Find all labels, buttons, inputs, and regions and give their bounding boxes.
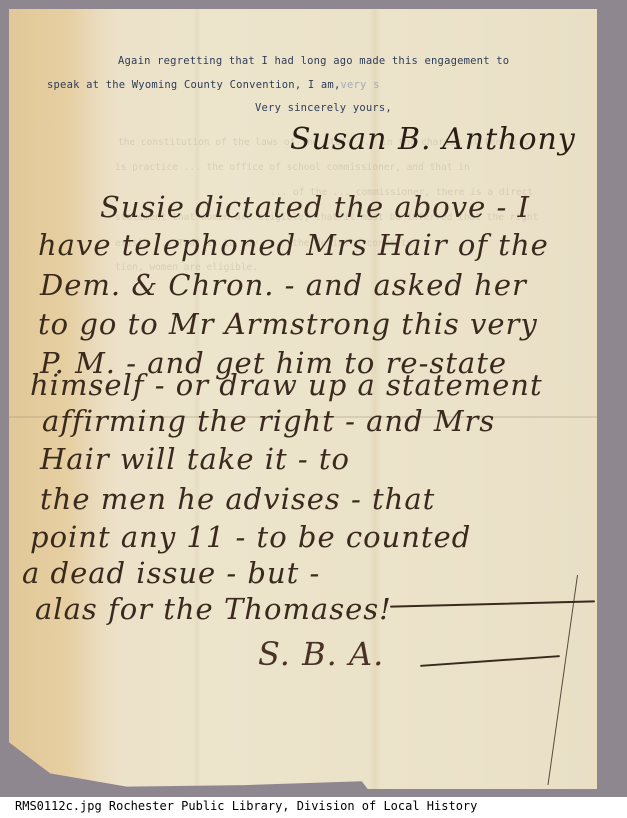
bleed-through-line: is practice ... the office of school com… — [115, 162, 470, 173]
signature: Susan B. Anthony — [290, 122, 576, 157]
postscript-line: Hair will take it - to — [40, 442, 350, 476]
postscript-line: Dem. & Chron. - and asked her — [40, 268, 527, 302]
typed-line-2-main: speak at the Wyoming County Convention, … — [47, 79, 340, 91]
postscript-line: to go to Mr Armstrong this very — [38, 307, 538, 341]
postscript-line: affirming the right - and Mrs — [42, 404, 495, 438]
initials: S. B. A. — [258, 635, 384, 673]
postscript-line: the men he advises - that — [40, 482, 435, 516]
postscript-line: Susie dictated the above - I — [100, 190, 530, 224]
typed-line-2-faint: very s — [340, 79, 379, 91]
postscript-line: alas for the Thomases! — [35, 592, 392, 626]
postscript-line: have telephoned Mrs Hair of the — [38, 228, 549, 262]
typed-line-2: speak at the Wyoming County Convention, … — [47, 79, 380, 91]
typed-line-1: Again regretting that I had long ago mad… — [118, 55, 509, 67]
postscript-line: a dead issue - but - — [22, 556, 320, 590]
postscript-line: himself - or draw up a statement — [30, 368, 543, 402]
postscript-line: point any 11 - to be counted — [30, 520, 471, 554]
image-caption: RMS0112c.jpg Rochester Public Library, D… — [15, 799, 477, 813]
typed-closing: Very sincerely yours, — [255, 102, 392, 114]
